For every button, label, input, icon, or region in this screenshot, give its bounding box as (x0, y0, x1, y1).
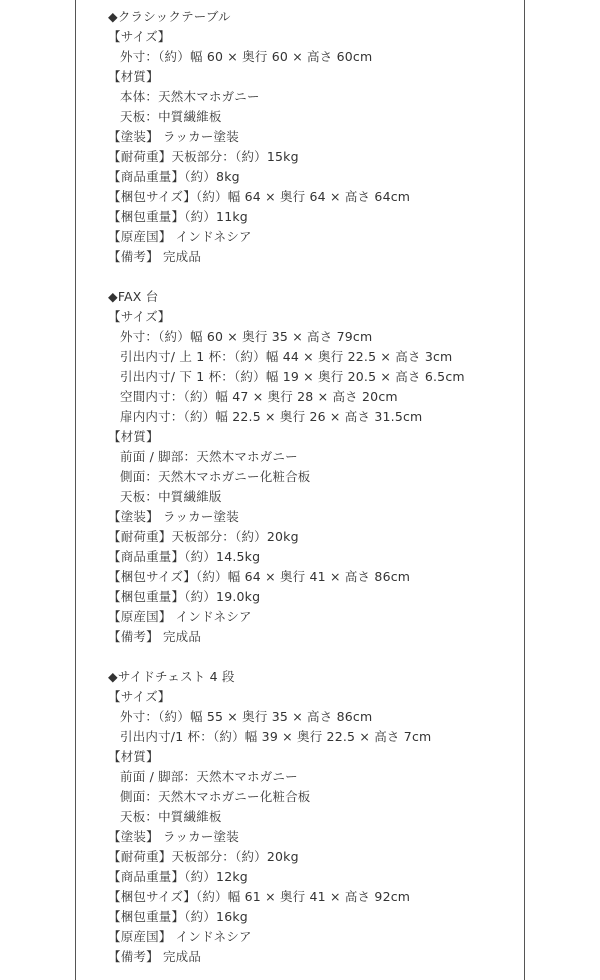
spec-line: 扉内内寸：（約）幅 22.5 × 奥行 26 × 高さ 31.5cm (108, 407, 518, 427)
spec-line: 【材質】 (108, 747, 518, 767)
spec-line: 前面 / 脚部：天然木マホガニー (108, 767, 518, 787)
spec-line: 引出内寸/1 杯：（約）幅 39 × 奥行 22.5 × 高さ 7cm (108, 727, 518, 747)
spec-line: 【備考】 完成品 (108, 247, 518, 267)
spec-line: 【サイズ】 (108, 307, 518, 327)
spec-line: 【塗装】 ラッカー塗装 (108, 127, 518, 147)
spec-line: 外寸：（約）幅 60 × 奥行 35 × 高さ 79cm (108, 327, 518, 347)
spec-line: 引出内寸/ 下 1 杯：（約）幅 19 × 奥行 20.5 × 高さ 6.5cm (108, 367, 518, 387)
spec-line: 空間内寸：（約）幅 47 × 奥行 28 × 高さ 20cm (108, 387, 518, 407)
section-spacer (108, 647, 518, 667)
spec-section-classic-table: ◆クラシックテーブル 【サイズ】 外寸：（約）幅 60 × 奥行 60 × 高さ… (108, 7, 518, 267)
spec-line: 【備考】 完成品 (108, 947, 518, 967)
spec-line: 【梱包重量】（約）16kg (108, 907, 518, 927)
section-title: ◆FAX 台 (108, 287, 518, 307)
spec-line: 【サイズ】 (108, 27, 518, 47)
spec-content: ◆クラシックテーブル 【サイズ】 外寸：（約）幅 60 × 奥行 60 × 高さ… (108, 7, 518, 967)
spec-line: 【原産国】 インドネシア (108, 227, 518, 247)
section-spacer (108, 267, 518, 287)
spec-section-fax-stand: ◆FAX 台 【サイズ】 外寸：（約）幅 60 × 奥行 35 × 高さ 79c… (108, 287, 518, 647)
spec-line: 【塗装】 ラッカー塗装 (108, 827, 518, 847)
spec-line: 外寸：（約）幅 55 × 奥行 35 × 高さ 86cm (108, 707, 518, 727)
spec-line: 【梱包重量】（約）19.0kg (108, 587, 518, 607)
spec-line: 【梱包サイズ】（約）幅 64 × 奥行 64 × 高さ 64cm (108, 187, 518, 207)
spec-line: 【備考】 完成品 (108, 627, 518, 647)
spec-line: 【材質】 (108, 427, 518, 447)
spec-line: 【商品重量】（約）8kg (108, 167, 518, 187)
spec-line: 前面 / 脚部：天然木マホガニー (108, 447, 518, 467)
spec-line: 天板：中質繊維板 (108, 107, 518, 127)
spec-section-side-chest: ◆サイドチェスト 4 段 【サイズ】 外寸：（約）幅 55 × 奥行 35 × … (108, 667, 518, 967)
spec-line: 【梱包重量】（約）11kg (108, 207, 518, 227)
section-title: ◆クラシックテーブル (108, 7, 518, 27)
spec-line: 【商品重量】（約）14.5kg (108, 547, 518, 567)
spec-line: 【原産国】 インドネシア (108, 607, 518, 627)
spec-line: 【商品重量】（約）12kg (108, 867, 518, 887)
spec-line: 【原産国】 インドネシア (108, 927, 518, 947)
spec-line: 【材質】 (108, 67, 518, 87)
spec-line: 本体：天然木マホガニー (108, 87, 518, 107)
spec-line: 【耐荷重】天板部分：（約）20kg (108, 527, 518, 547)
spec-line: 外寸：（約）幅 60 × 奥行 60 × 高さ 60cm (108, 47, 518, 67)
spec-line: 【塗装】 ラッカー塗装 (108, 507, 518, 527)
spec-line: 【梱包サイズ】（約）幅 61 × 奥行 41 × 高さ 92cm (108, 887, 518, 907)
spec-line: 【梱包サイズ】（約）幅 64 × 奥行 41 × 高さ 86cm (108, 567, 518, 587)
spec-line: 引出内寸/ 上 1 杯：（約）幅 44 × 奥行 22.5 × 高さ 3cm (108, 347, 518, 367)
spec-line: 天板：中質繊維板 (108, 807, 518, 827)
section-title: ◆サイドチェスト 4 段 (108, 667, 518, 687)
spec-line: 【サイズ】 (108, 687, 518, 707)
spec-line: 側面：天然木マホガニー化粧合板 (108, 467, 518, 487)
spec-line: 天板：中質繊維版 (108, 487, 518, 507)
spec-line: 【耐荷重】天板部分：（約）15kg (108, 147, 518, 167)
spec-line: 【耐荷重】天板部分：（約）20kg (108, 847, 518, 867)
spec-line: 側面：天然木マホガニー化粧合板 (108, 787, 518, 807)
